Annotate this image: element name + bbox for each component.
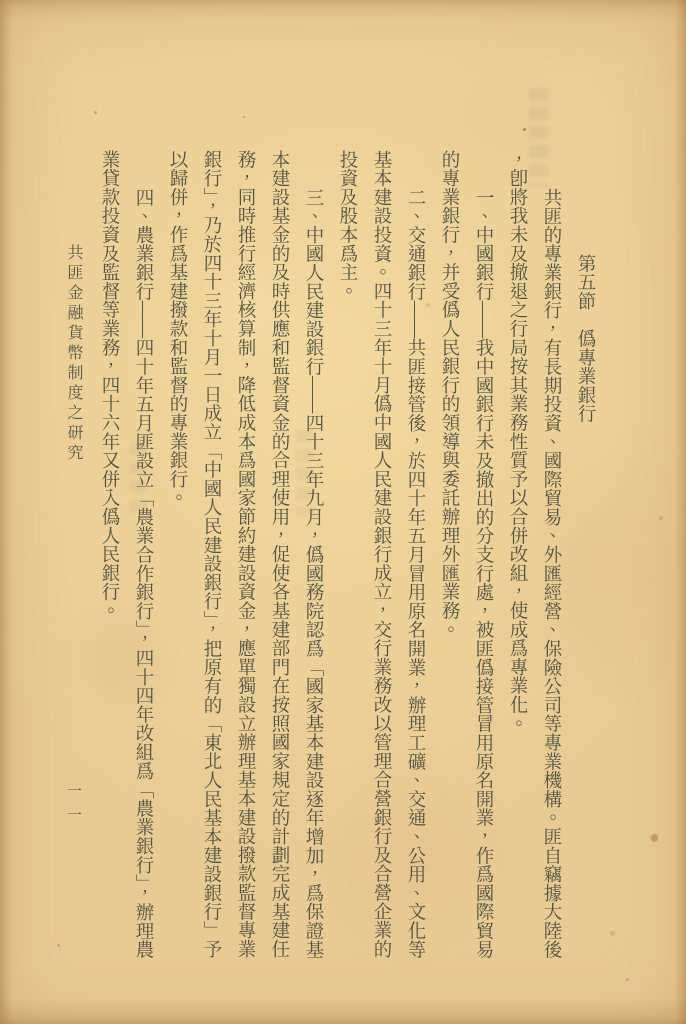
margin-book-title: 共匪金融貨幣制度之研究	[62, 244, 85, 464]
paragraph-item-bank-of-china: 一、中國銀行——我中國銀行未及撤出的分支行處，被匪僞接管冒用原名開業，作爲國際貿…	[432, 150, 500, 960]
foxing-speck	[610, 931, 615, 936]
foxing-speck	[651, 834, 658, 842]
foxing-speck	[57, 944, 60, 947]
section-heading: 第五節 僞專業銀行	[568, 150, 602, 960]
paragraph-item-construction-bank: 三、中國人民建設銀行——四十三年九月，僞國務院認爲「國家基本建設逐年增加，爲保證…	[160, 150, 330, 960]
foxing-speck	[523, 128, 526, 131]
paragraph-intro: 共匪的專業銀行，有長期投資、國際貿易、外匯經營、保險公司等專業機構。匪自竊據大陸…	[500, 150, 568, 960]
foxing-speck	[659, 516, 663, 520]
page-number: 一一	[63, 783, 84, 831]
paragraph-item-agricultural-bank: 四、農業銀行——四十年五月匪設立「農業合作銀行」，四十四年改組爲「農業銀行」，辦…	[92, 150, 160, 960]
foxing-speck	[626, 978, 629, 981]
main-text-block: 第五節 僞專業銀行 共匪的專業銀行，有長期投資、國際貿易、外匯經營、保險公司等專…	[88, 150, 602, 960]
foxing-speck	[243, 116, 245, 118]
scanned-book-page: 第五節 僞專業銀行 共匪的專業銀行，有長期投資、國際貿易、外匯經營、保險公司等專…	[0, 0, 686, 1024]
foxing-speck	[94, 111, 97, 114]
paragraph-item-bank-of-communications: 二、交通銀行——共匪接管後，於四十年五月冒用原名開業，辦理工礦、交通、公用、文化…	[330, 150, 432, 960]
